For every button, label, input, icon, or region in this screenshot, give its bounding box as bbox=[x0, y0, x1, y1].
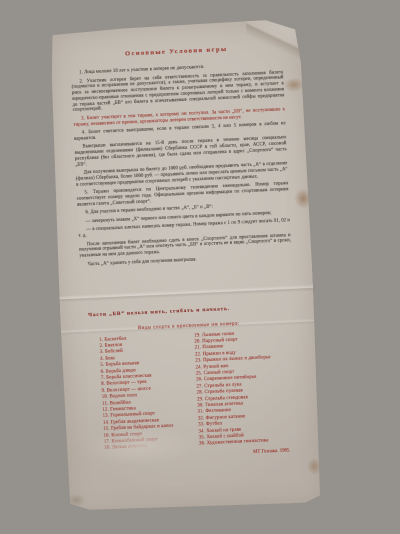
photo-background: Основные Условия игры 1. Лица моложе 18 … bbox=[0, 0, 400, 534]
rules-paragraphs: 1. Лица моложе 18 лет к участию в лотере… bbox=[71, 61, 292, 268]
faded-print-area bbox=[75, 421, 209, 471]
lottery-rules-sheet: Основные Условия игры 1. Лица моложе 18 … bbox=[47, 18, 323, 513]
sports-column-right: 19. Лыжные гонки20. Парусный спорт21. Пл… bbox=[194, 329, 300, 449]
page-title: Основные Условия игры bbox=[70, 43, 282, 60]
warning-text: Части „БВ“ нельзя мять, сгибать и пачкат… bbox=[88, 303, 294, 318]
rules-paragraph: 2. Участник лотереи берет на себя ответс… bbox=[71, 70, 284, 114]
